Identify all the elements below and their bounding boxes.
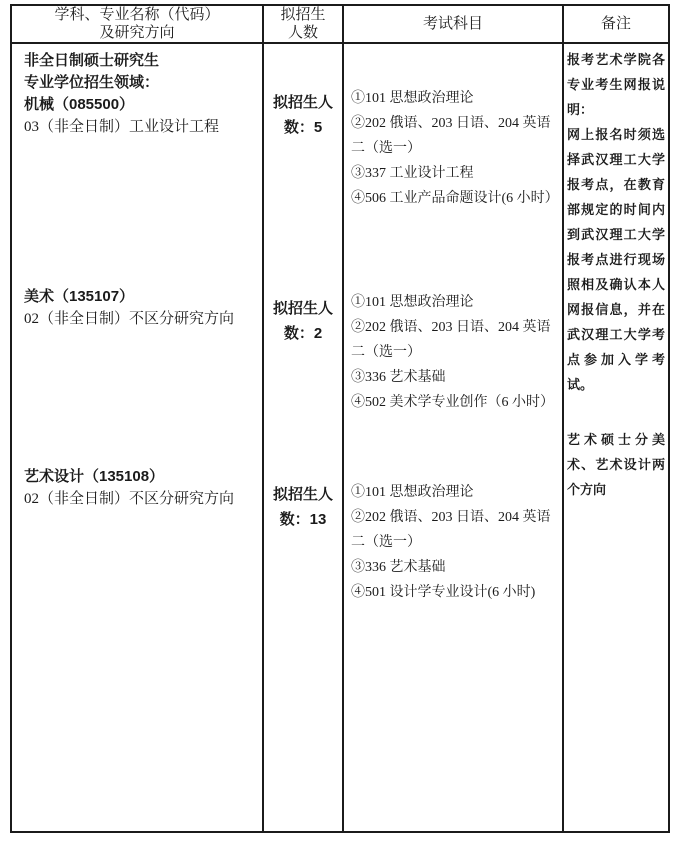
subject-item: ①101 思想政治理论 bbox=[351, 290, 559, 315]
subject-list-jixie: ①101 思想政治理论 ②202 俄语、203 日语、204 英语 二（选一） … bbox=[351, 86, 559, 211]
research-direction: 02（非全日制）不区分研究方向 bbox=[24, 308, 254, 330]
research-direction: 03（非全日制）工业设计工程 bbox=[24, 116, 254, 138]
subject-item: ③337 工业设计工程 bbox=[351, 161, 559, 186]
admissions-table: 学科、专业名称（代码） 及研究方向 拟招生 人数 考试科目 备注 非全日制硕士研… bbox=[10, 4, 670, 833]
program-title: 非全日制硕士研究生 专业学位招生领域： 机械（085500） bbox=[24, 50, 254, 116]
major-cell: 非全日制硕士研究生 专业学位招生领域： 机械（085500） 03（非全日制）工… bbox=[12, 44, 264, 831]
subject-item: ④502 美术学专业创作（6 小时） bbox=[351, 390, 559, 415]
enrollment-count: 拟招生人 数：5 bbox=[264, 90, 342, 140]
program-title: 艺术设计（135108） bbox=[24, 466, 254, 488]
subject-item: ①101 思想政治理论 bbox=[351, 480, 559, 505]
subject-item: ③336 艺术基础 bbox=[351, 555, 559, 580]
header-exam-subjects-column: 考试科目 bbox=[344, 6, 564, 42]
document-page: 学科、专业名称（代码） 及研究方向 拟招生 人数 考试科目 备注 非全日制硕士研… bbox=[0, 0, 681, 844]
exam-subjects-cell: ①101 思想政治理论 ②202 俄语、203 日语、204 英语 二（选一） … bbox=[344, 44, 564, 831]
enrollment-count: 拟招生人 数：13 bbox=[264, 482, 342, 532]
remarks-paragraph: 艺术硕士分美术、艺术设计两个方向 bbox=[567, 427, 665, 502]
header-major-column: 学科、专业名称（代码） 及研究方向 bbox=[12, 6, 264, 42]
subject-item: ②202 俄语、203 日语、204 英语 二（选一） bbox=[351, 111, 559, 161]
program-block-meishu: 美术（135107） 02（非全日制）不区分研究方向 bbox=[24, 286, 254, 330]
enrollment-cell: 拟招生人 数：5 拟招生人 数：2 拟招生人 数：13 bbox=[264, 44, 344, 831]
header-remarks-column: 备注 bbox=[564, 6, 668, 42]
program-block-yishusheji: 艺术设计（135108） 02（非全日制）不区分研究方向 bbox=[24, 466, 254, 510]
subject-item: ②202 俄语、203 日语、204 英语 二（选一） bbox=[351, 505, 559, 555]
remarks-paragraph: 网上报名时须选择武汉理工大学报考点，在教育部规定的时间内到武汉理工大学报考点进行… bbox=[567, 122, 665, 397]
subject-list-yishusheji: ①101 思想政治理论 ②202 俄语、203 日语、204 英语 二（选一） … bbox=[351, 480, 559, 605]
enrollment-count: 拟招生人 数：2 bbox=[264, 296, 342, 346]
subject-item: ①101 思想政治理论 bbox=[351, 86, 559, 111]
remarks-text: 报考艺术学院各专业考生网报说明： 网上报名时须选择武汉理工大学报考点，在教育部规… bbox=[564, 44, 668, 502]
subject-item: ②202 俄语、203 日语、204 英语 二（选一） bbox=[351, 315, 559, 365]
program-title: 美术（135107） bbox=[24, 286, 254, 308]
remarks-paragraph: 报考艺术学院各专业考生网报说明： bbox=[567, 47, 665, 122]
subject-item: ③336 艺术基础 bbox=[351, 365, 559, 390]
table-body-row: 非全日制硕士研究生 专业学位招生领域： 机械（085500） 03（非全日制）工… bbox=[12, 44, 668, 831]
subject-item: ④506 工业产品命题设计(6 小时） bbox=[351, 186, 559, 211]
program-block-jixie: 非全日制硕士研究生 专业学位招生领域： 机械（085500） 03（非全日制）工… bbox=[24, 50, 254, 138]
remarks-cell: 报考艺术学院各专业考生网报说明： 网上报名时须选择武汉理工大学报考点，在教育部规… bbox=[564, 44, 668, 831]
subject-list-meishu: ①101 思想政治理论 ②202 俄语、203 日语、204 英语 二（选一） … bbox=[351, 290, 559, 415]
header-enrollment-column: 拟招生 人数 bbox=[264, 6, 344, 42]
research-direction: 02（非全日制）不区分研究方向 bbox=[24, 488, 254, 510]
table-header-row: 学科、专业名称（代码） 及研究方向 拟招生 人数 考试科目 备注 bbox=[12, 6, 668, 44]
subject-item: ④501 设计学专业设计(6 小时) bbox=[351, 580, 559, 605]
